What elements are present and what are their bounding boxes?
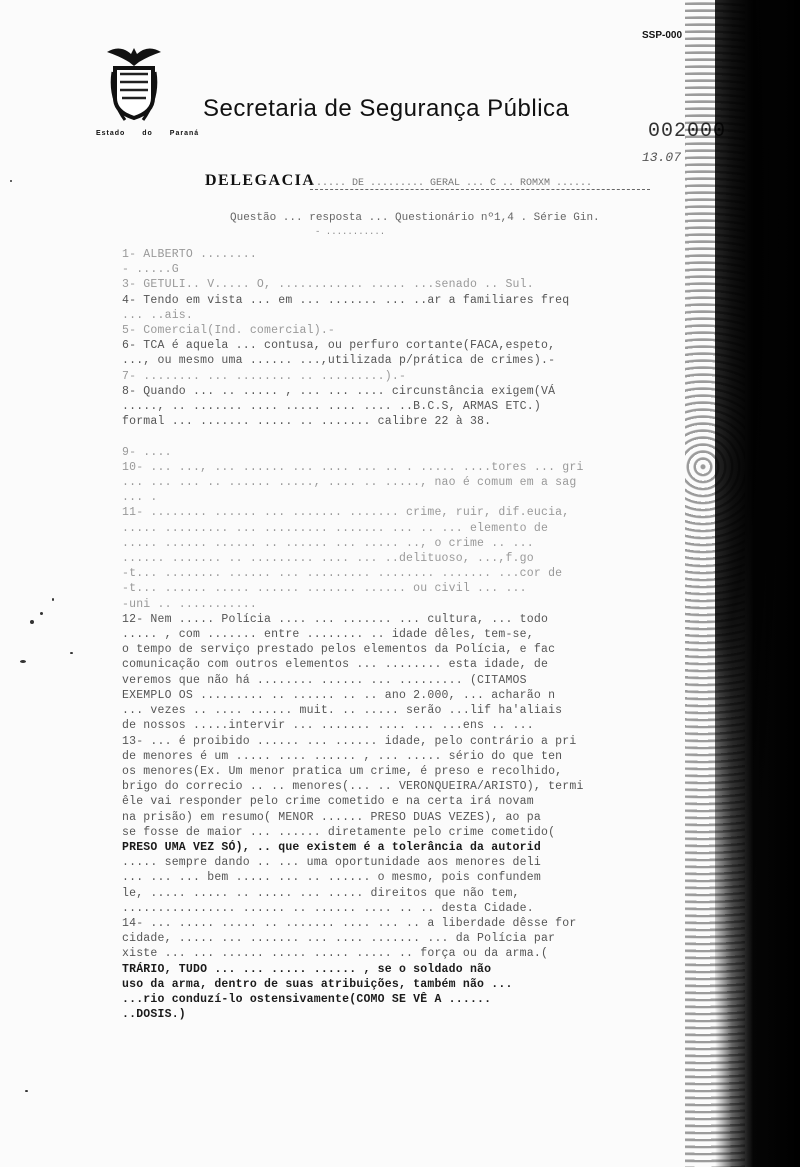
- office-heading: DELEGACIA: [205, 172, 315, 190]
- scan-speck: [70, 652, 73, 654]
- state-name: Estado do Paraná: [96, 130, 199, 137]
- typed-line: -t... ........ ...... ... ......... ....…: [122, 566, 722, 581]
- typed-line: ... ... ... .. ...... ....., .... .. ...…: [122, 475, 722, 490]
- subject-line: Questão ... resposta ... Questionário nº…: [230, 212, 600, 224]
- typed-line: ..DOSIS.): [122, 1007, 722, 1022]
- typed-line: ... ..ais.: [122, 308, 722, 323]
- typed-line: 1- ALBERTO ........: [122, 247, 722, 262]
- scan-speck: [30, 620, 34, 624]
- typed-line: 5- Comercial(Ind. comercial).-: [122, 323, 722, 338]
- scan-speck: [40, 612, 43, 615]
- typed-line: 3- GETULI.. V..... O, ............ .....…: [122, 277, 722, 292]
- typed-line: se fosse de maior ... ...... diretamente…: [122, 825, 722, 840]
- scan-dark-edge: [715, 0, 800, 1167]
- scanned-document-page: Estado do Paraná Secretaria de Segurança…: [0, 0, 800, 1167]
- typed-line: ... .: [122, 490, 722, 505]
- agency-name: Secretaria de Segurança Pública: [203, 95, 569, 123]
- form-code: SSP-000: [642, 30, 682, 41]
- typed-line: os menores(Ex. Um menor pratica um crime…: [122, 764, 722, 779]
- typed-line: 4- Tendo em vista ... em ... ....... ...…: [122, 293, 722, 308]
- protocol-date: 13.07: [642, 150, 681, 165]
- typed-line: ...rio conduzí-lo ostensivamente(COMO SE…: [122, 992, 722, 1007]
- typed-line: ................ ...... .. ...... .... .…: [122, 901, 722, 916]
- typed-line: ...... ....... .. ......... .... ... ..d…: [122, 551, 722, 566]
- typed-line: 6- TCA é aquela ... contusa, ou perfuro …: [122, 338, 722, 353]
- typed-line: de menores é um ..... .... ...... , ... …: [122, 749, 722, 764]
- typed-line: o tempo de serviço prestado pelos elemen…: [122, 642, 722, 657]
- office-heading-rest: ...... DE ......... GERAL ... C .. ROMXM…: [310, 178, 650, 190]
- scan-speck: [25, 1090, 28, 1092]
- typed-answers: 1- ALBERTO ........ - .....G3- GETULI.. …: [122, 247, 722, 1022]
- typed-line: ..... ......... ... ......... ....... ..…: [122, 521, 722, 536]
- subject-subline: - ...........: [315, 227, 385, 237]
- typed-line: EXEMPLO OS ......... .. ...... .. .. ano…: [122, 688, 722, 703]
- typed-line: ..... , com ....... entre ........ .. id…: [122, 627, 722, 642]
- typed-line: TRÁRIO, TUDO ... ... ..... ...... , se o…: [122, 962, 722, 977]
- typed-line: 10- ... ..., ... ...... ... .... ... .. …: [122, 460, 722, 475]
- typed-line: formal ... ....... ..... .. ....... cali…: [122, 414, 722, 429]
- typed-line: xiste ... ... ...... ..... ..... ..... .…: [122, 946, 722, 961]
- typed-line: 9- ....: [122, 445, 722, 460]
- typed-line: ... vezes .. .... ...... muit. .. ..... …: [122, 703, 722, 718]
- typed-line: de nossos .....intervir ... ....... ....…: [122, 718, 722, 733]
- scan-speck: [20, 660, 26, 663]
- typed-line: ..... sempre dando .. ... uma oportunida…: [122, 855, 722, 870]
- typed-line: êle vai responder pelo crime cometido e …: [122, 794, 722, 809]
- typed-line: 13- ... é proibido ...... ... ...... ida…: [122, 734, 722, 749]
- typed-line: ... ... ... bem ..... ... .. ...... o me…: [122, 870, 722, 885]
- typed-line: comunicação com outros elementos ... ...…: [122, 657, 722, 672]
- typed-line: 11- ........ ...... ... ....... ....... …: [122, 505, 722, 520]
- typed-line: -uni .. ...........: [122, 597, 722, 612]
- typed-line: ..... ...... ...... .. ...... ... ..... …: [122, 536, 722, 551]
- typed-line: cidade, ..... ... ....... ... .... .....…: [122, 931, 722, 946]
- scan-speck: [52, 598, 54, 601]
- typed-line: PRESO UMA VEZ SÓ), .. que existem é a to…: [122, 840, 722, 855]
- typed-line: veremos que não há ........ ...... ... .…: [122, 673, 722, 688]
- scan-speck: [10, 180, 12, 182]
- typed-line: 7- ........ ... ........ .. .........).-: [122, 369, 722, 384]
- parana-coat-of-arms-icon: [105, 42, 163, 124]
- typed-line: - .....G: [122, 262, 722, 277]
- typed-line: ..., ou mesmo uma ...... ...,utilizada p…: [122, 353, 722, 368]
- typed-line: le, ..... ..... .. ..... ... ..... direi…: [122, 886, 722, 901]
- typed-line: ....., .. ....... .... ..... .... .... .…: [122, 399, 722, 414]
- typed-line: na prisão) em resumo( MENOR ...... PRESO…: [122, 810, 722, 825]
- typed-line: [122, 429, 722, 444]
- typed-line: uso da arma, dentro de suas atribuições,…: [122, 977, 722, 992]
- typed-line: 8- Quando ... .. ..... , ... ... .... ci…: [122, 384, 722, 399]
- typed-line: 12- Nem ..... Polícia .... ... ....... .…: [122, 612, 722, 627]
- typed-line: 14- ... ..... ..... .. ....... .... ... …: [122, 916, 722, 931]
- typed-line: -t... ...... ..... ...... ....... ......…: [122, 581, 722, 596]
- typed-line: brigo do correcio .. .. menores(... .. V…: [122, 779, 722, 794]
